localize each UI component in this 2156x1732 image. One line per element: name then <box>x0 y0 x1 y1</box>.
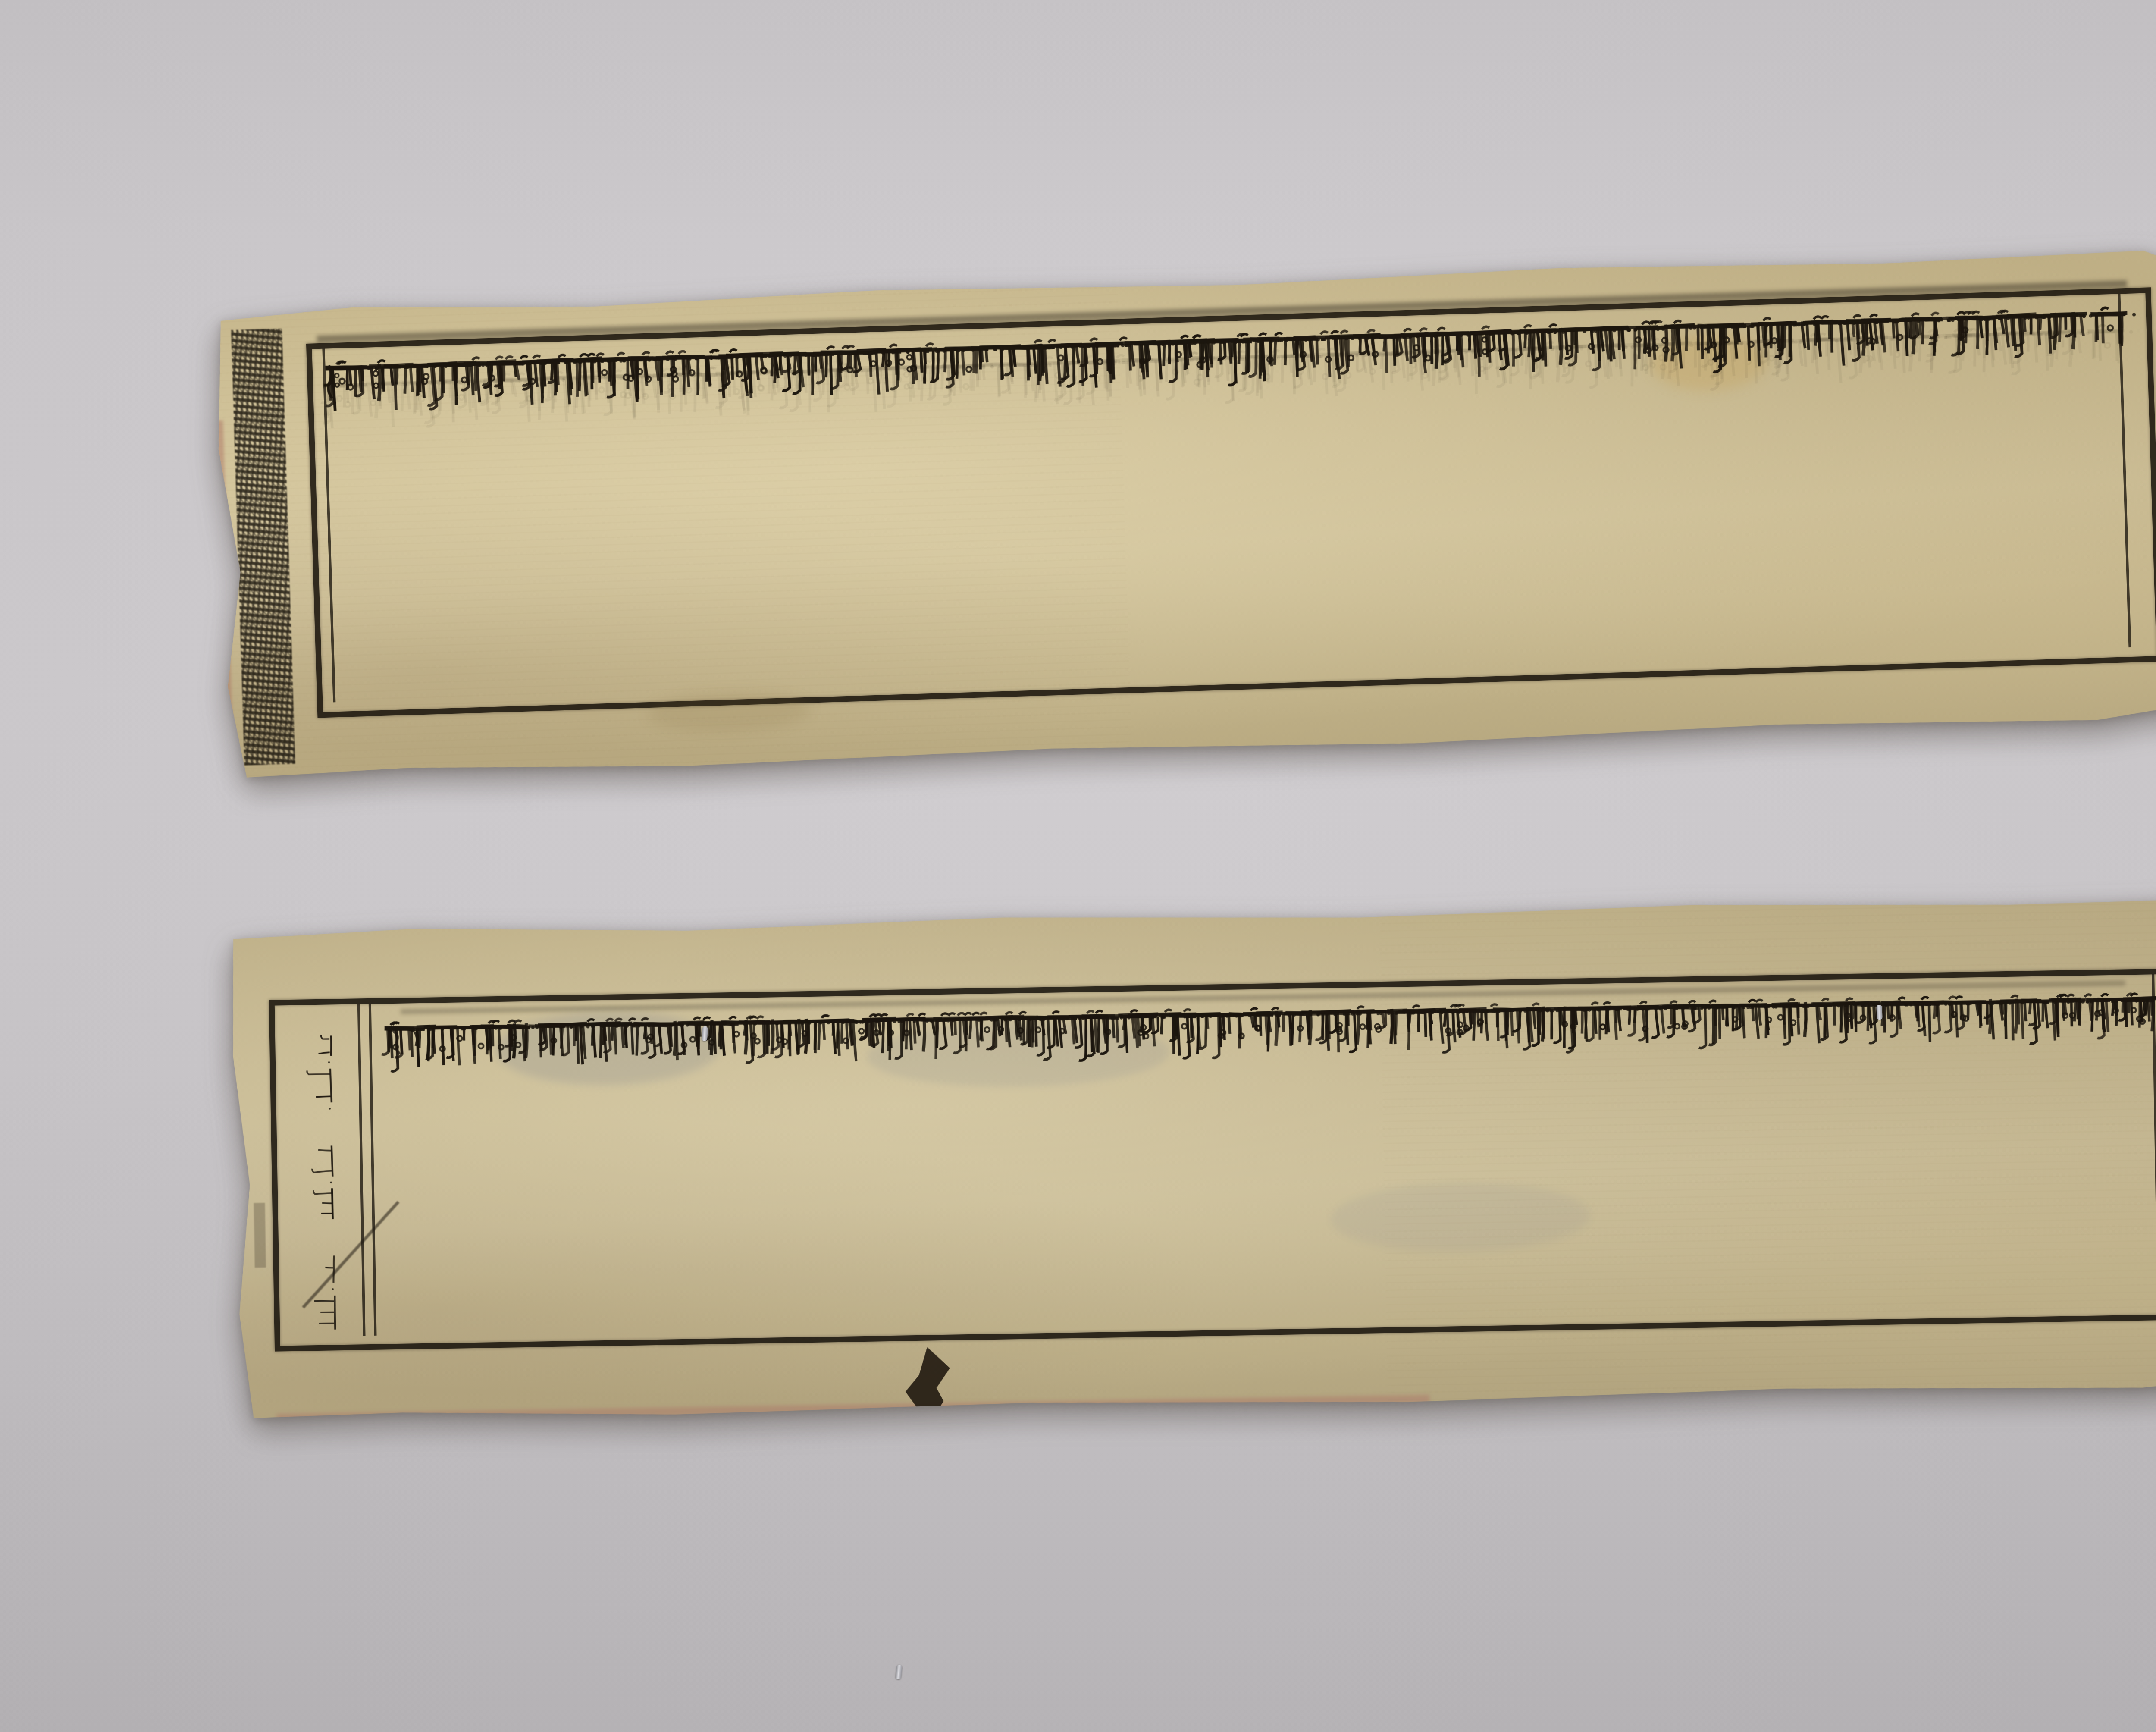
folio-top-paper <box>212 245 2156 782</box>
mounting-pin <box>895 1664 902 1679</box>
folio-top-text-block <box>212 245 2156 782</box>
mounting-pin <box>1876 1005 1883 1020</box>
folio-bottom <box>227 893 2156 1423</box>
margin-vertical-title <box>227 893 2156 1423</box>
folio-top <box>212 245 2156 782</box>
folio-bottom-paper <box>227 893 2156 1423</box>
ink-blot-drip <box>919 1408 923 1428</box>
mounting-pin <box>702 1026 708 1042</box>
photo-background <box>0 0 2156 1732</box>
